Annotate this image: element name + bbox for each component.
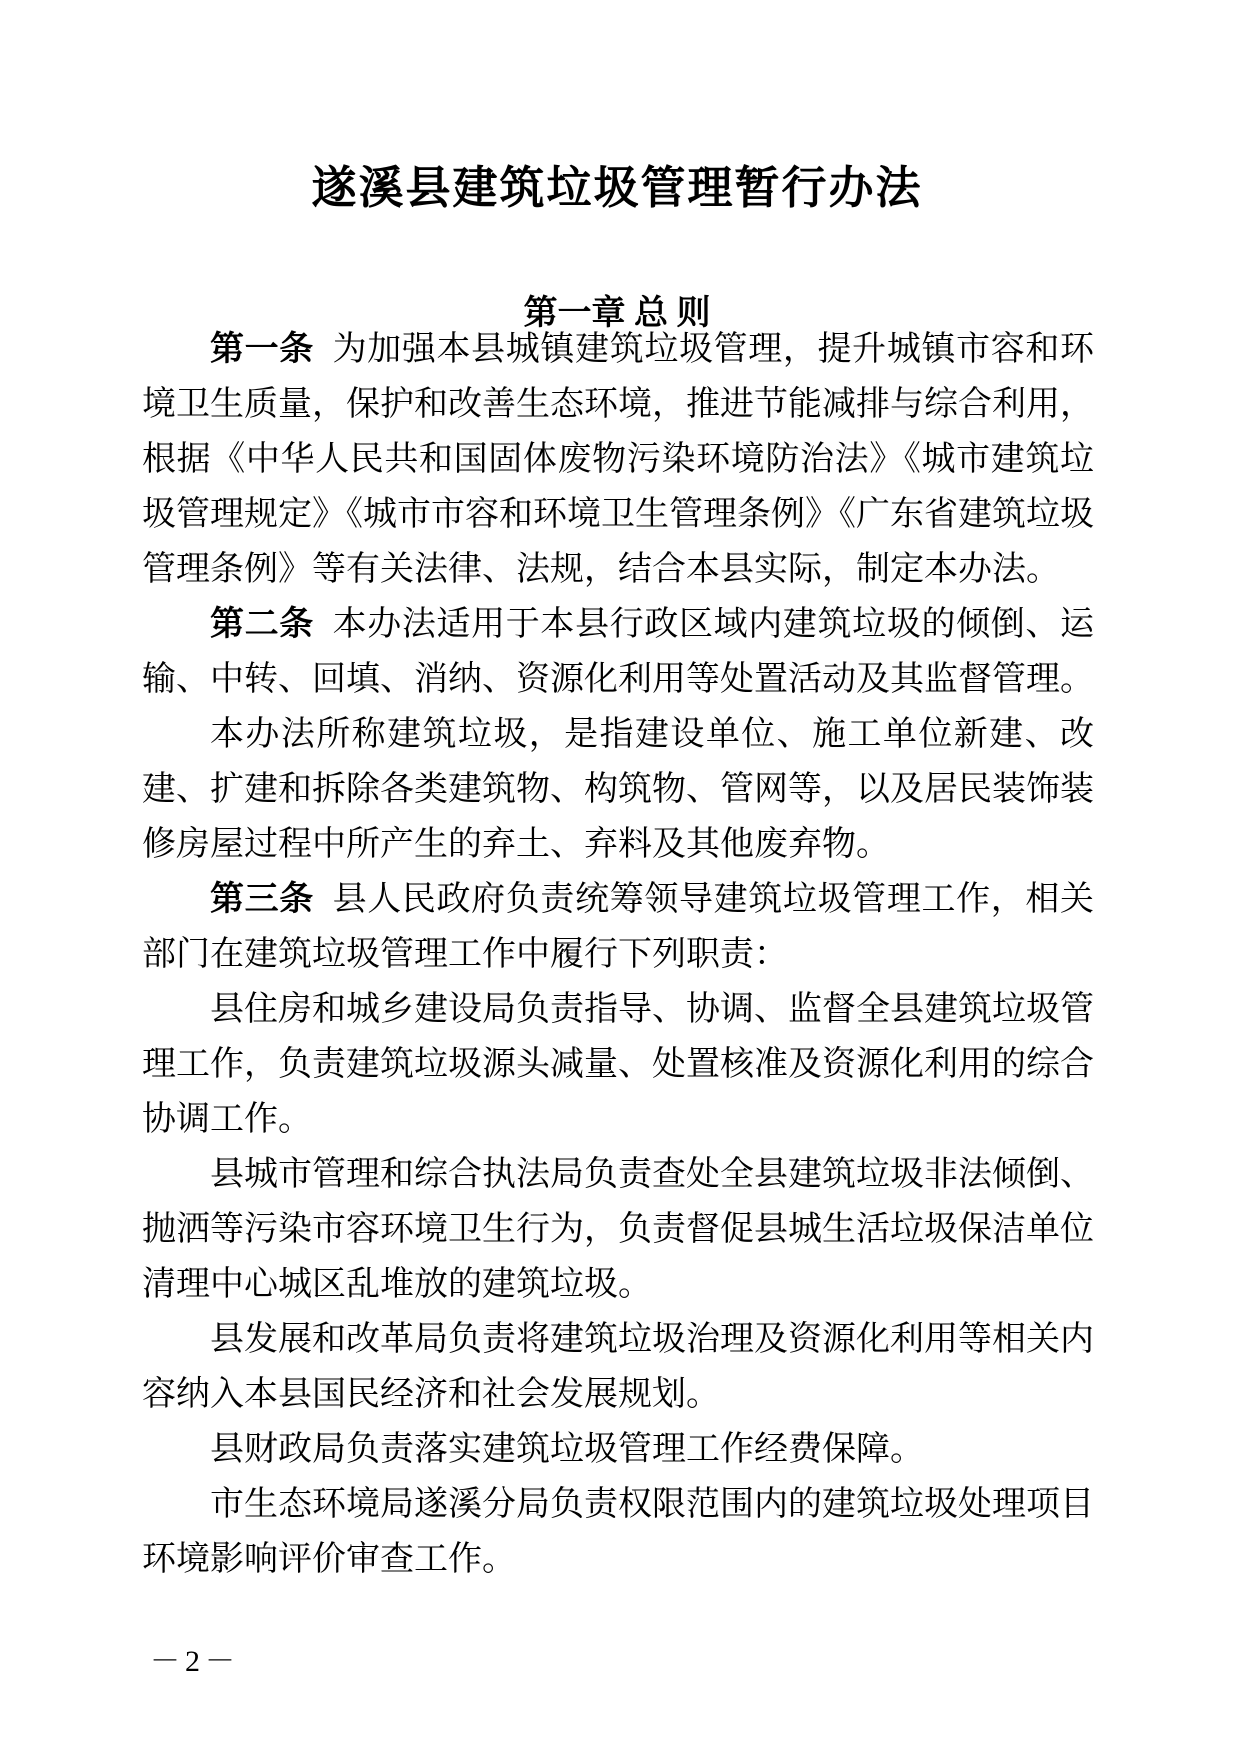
article-number: 第三条 — [210, 881, 314, 918]
paragraph-article-2: 第二条本办法适用于本县行政区域内建筑垃圾的倾倒、运输、中转、回填、消纳、资源化利… — [142, 597, 1094, 707]
paragraph: 县发展和改革局负责将建筑垃圾治理及资源化利用等相关内容纳入本县国民经济和社会发展… — [142, 1312, 1094, 1422]
paragraph-text: 本办法所称建筑垃圾，是指建设单位、施工单位新建、改建、扩建和拆除各类建筑物、构筑… — [142, 716, 1094, 863]
document-body: 第一条为加强本县城镇建筑垃圾管理，提升城镇市容和环境卫生质量，保护和改善生态环境… — [142, 322, 1094, 1587]
paragraph-article-1: 第一条为加强本县城镇建筑垃圾管理，提升城镇市容和环境卫生质量，保护和改善生态环境… — [142, 322, 1094, 597]
paragraph-text: 县住房和城乡建设局负责指导、协调、监督全县建筑垃圾管理工作，负责建筑垃圾源头减量… — [142, 991, 1094, 1138]
paragraph: 本办法所称建筑垃圾，是指建设单位、施工单位新建、改建、扩建和拆除各类建筑物、构筑… — [142, 707, 1094, 872]
article-number: 第一条 — [210, 331, 314, 368]
document-title: 遂溪县建筑垃圾管理暂行办法 — [0, 148, 1234, 228]
page-number: －2－ — [150, 1636, 240, 1680]
paragraph-text: 市生态环境局遂溪分局负责权限范围内的建筑垃圾处理项目环境影响评价审查工作。 — [142, 1486, 1094, 1578]
paragraph-text: 县城市管理和综合执法局负责查处全县建筑垃圾非法倾倒、抛洒等污染市容环境卫生行为，… — [142, 1156, 1094, 1303]
paragraph-text: 县财政局负责落实建筑垃圾管理工作经费保障。 — [210, 1431, 924, 1468]
paragraph-article-3: 第三条县人民政府负责统筹领导建筑垃圾管理工作，相关部门在建筑垃圾管理工作中履行下… — [142, 872, 1094, 982]
paragraph-text: 为加强本县城镇建筑垃圾管理，提升城镇市容和环境卫生质量，保护和改善生态环境，推进… — [142, 331, 1094, 588]
paragraph-text: 县发展和改革局负责将建筑垃圾治理及资源化利用等相关内容纳入本县国民经济和社会发展… — [142, 1321, 1094, 1413]
paragraph: 市生态环境局遂溪分局负责权限范围内的建筑垃圾处理项目环境影响评价审查工作。 — [142, 1477, 1094, 1587]
paragraph: 县城市管理和综合执法局负责查处全县建筑垃圾非法倾倒、抛洒等污染市容环境卫生行为，… — [142, 1147, 1094, 1312]
article-number: 第二条 — [210, 606, 314, 643]
paragraph: 县住房和城乡建设局负责指导、协调、监督全县建筑垃圾管理工作，负责建筑垃圾源头减量… — [142, 982, 1094, 1147]
paragraph: 县财政局负责落实建筑垃圾管理工作经费保障。 — [142, 1422, 1094, 1477]
document-page: 遂溪县建筑垃圾管理暂行办法 第一章 总 则 第一条为加强本县城镇建筑垃圾管理，提… — [0, 0, 1234, 1754]
